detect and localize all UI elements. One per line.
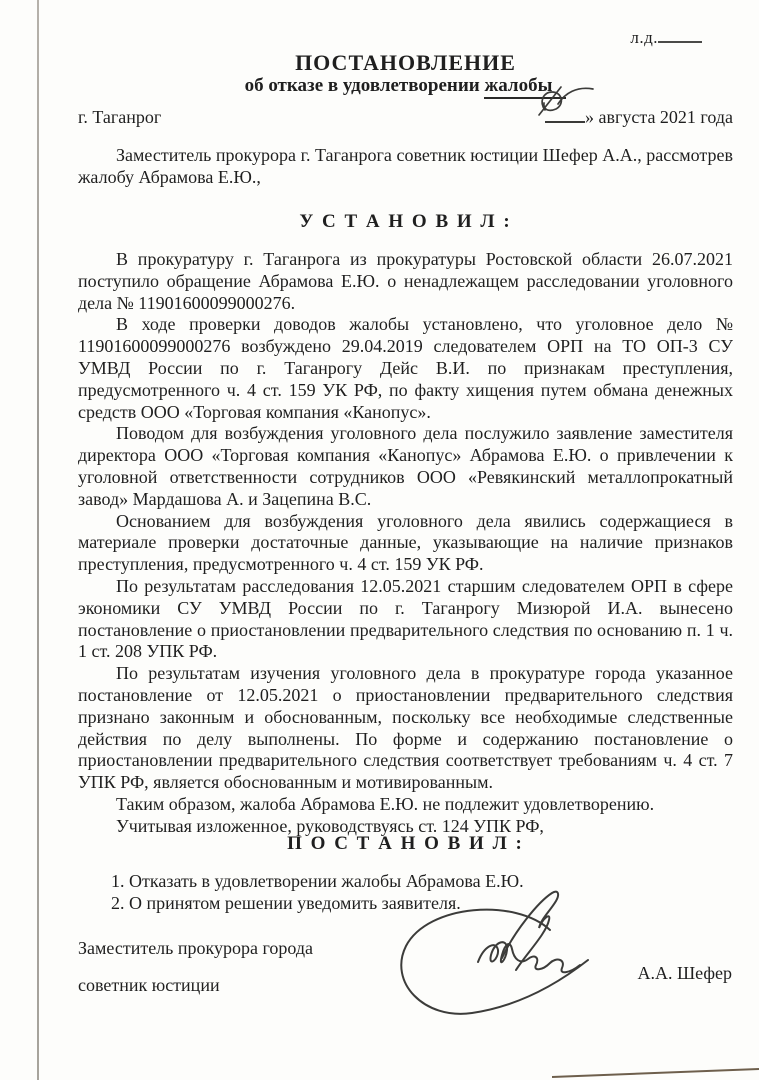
body-paragraph: В ходе проверки доводов жалобы установле… — [78, 314, 733, 423]
document-title: ПОСТАНОВЛЕНИЕ — [78, 50, 733, 76]
heading-established: У С Т А Н О В И Л : — [78, 211, 733, 233]
body-paragraph: Основанием для возбуждения уголовного де… — [78, 511, 733, 576]
place-date-row: г. Таганрог » августа 2021 года — [78, 107, 733, 128]
document-subtitle: об отказе в удовлетворении жалобы — [78, 75, 733, 97]
signer-name: А.А. Шефер — [637, 963, 732, 984]
body-paragraph: Поводом для возбуждения уголовного дела … — [78, 423, 733, 510]
handwritten-date-mark-icon — [535, 80, 597, 122]
folio-blank-line — [658, 26, 702, 43]
body-paragraph: По результатам расследования 12.05.2021 … — [78, 576, 733, 663]
date-line: » августа 2021 года — [545, 107, 733, 128]
body-paragraph: В прокуратуру г. Таганрога из прокуратур… — [78, 249, 733, 314]
date-text: » августа 2021 года — [585, 107, 733, 127]
body-paragraph: По результатам изучения уголовного дела … — [78, 663, 733, 794]
scan-edge-line-bottom — [552, 1066, 759, 1080]
folio-number-line: л.д. — [630, 26, 702, 48]
scanned-document-page: л.д. ПОСТАНОВЛЕНИЕ об отказе в удовлетво… — [0, 0, 759, 1080]
document-body: В прокуратуру г. Таганрога из прокуратур… — [78, 249, 733, 838]
place-label: г. Таганрог — [78, 107, 161, 128]
handwritten-signature-icon — [388, 888, 618, 1028]
scan-edge-line-left — [37, 0, 39, 1080]
subtitle-text: об отказе в удовлетворении — [245, 75, 485, 96]
signer-position-line-2: советник юстиции — [78, 975, 220, 996]
folio-label: л.д. — [630, 28, 658, 47]
signer-position-line-1: Заместитель прокурора города — [78, 938, 313, 959]
intro-paragraph: Заместитель прокурора г. Таганрога совет… — [78, 145, 733, 189]
body-paragraph: Таким образом, жалоба Абрамова Е.Ю. не п… — [78, 794, 733, 816]
heading-resolved: П О С Т А Н О В И Л : — [78, 833, 733, 855]
